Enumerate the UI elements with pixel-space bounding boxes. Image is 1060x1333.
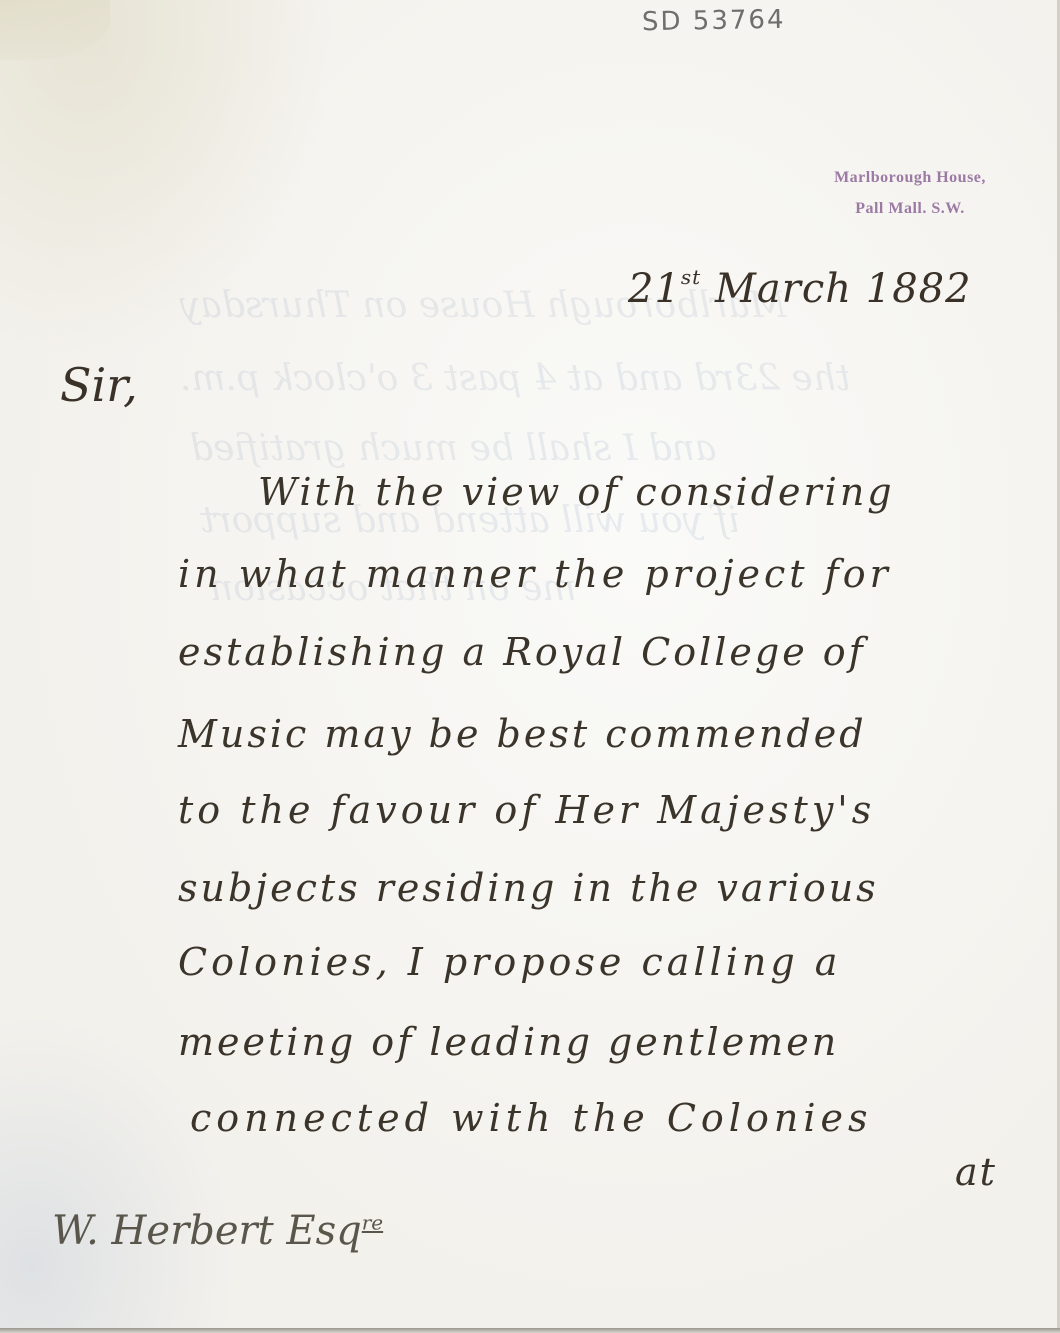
body-line: subjects residing in the various: [178, 866, 879, 910]
archive-reference: SD 53764: [642, 5, 786, 37]
date-day: 21: [628, 266, 681, 312]
body-line: With the view of considering: [258, 470, 895, 514]
letter-date: 21st March 1882: [628, 265, 972, 312]
body-line: to the favour of Her Majesty's: [178, 788, 875, 832]
body-line: meeting of leading gentlemen: [178, 1020, 839, 1064]
letter-page: Marlborough House on Thursday the 23rd a…: [0, 0, 1060, 1333]
bleed-through-line: the 23rd and at 4 past 3 o'clock p.m.: [180, 358, 850, 399]
body-line: Music may be best commended: [178, 712, 867, 756]
letterhead: Marlborough House, Pall Mall. S.W.: [790, 162, 1030, 224]
body-line: Colonies, I propose calling a: [178, 940, 841, 984]
page-bottom-edge: [0, 1328, 1060, 1333]
addressee: W. Herbert Esqre: [52, 1208, 383, 1254]
addressee-suffix: re: [362, 1211, 383, 1235]
body-line: connected with the Colonies: [190, 1096, 872, 1140]
bleed-through-line: and I shall be much gratified: [190, 428, 716, 469]
torn-corner: [0, 0, 110, 60]
body-line: establishing a Royal College of: [178, 630, 866, 674]
body-line: at: [955, 1150, 997, 1194]
body-line: in what manner the project for: [178, 552, 892, 596]
letterhead-line-2: Pall Mall. S.W.: [790, 193, 1030, 224]
salutation: Sir,: [60, 358, 138, 412]
date-ordinal: st: [681, 265, 701, 289]
letterhead-line-1: Marlborough House,: [790, 162, 1030, 193]
date-month-year: March 1882: [715, 266, 972, 312]
addressee-name: W. Herbert Esq: [52, 1208, 362, 1254]
